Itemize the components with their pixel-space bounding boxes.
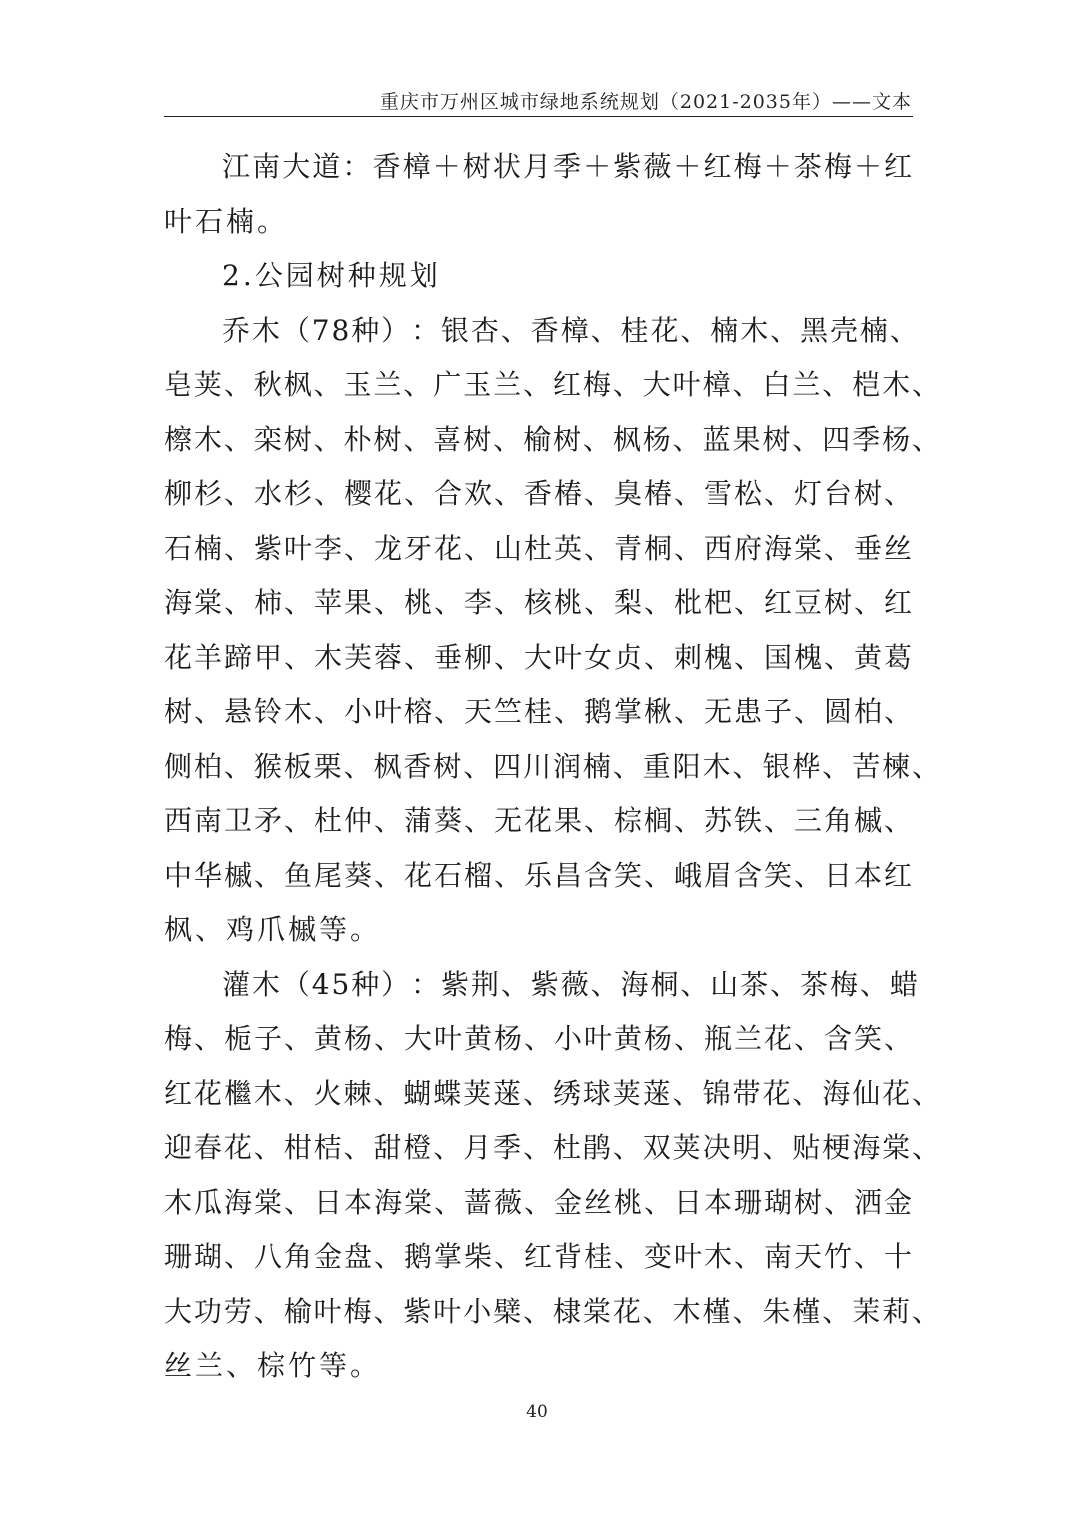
text-line: 乔 木 （ 7 8 种 ） ： 银 杏 、 香 樟 、 桂 花 、 楠 木 、 …	[164, 304, 912, 359]
header-rule	[164, 116, 913, 117]
text-line: 灌 木 （ 4 5 种 ） ： 紫 荆 、 紫 薇 、 海 桐 、 山 茶 、 …	[164, 958, 912, 1013]
text-line: 中 华 槭 、 鱼 尾 葵 、 花 石 榴 、 乐 昌 含 笑 、 峨 眉 含 …	[164, 849, 912, 904]
text-line: 皂 荚 、 秋 枫 、 玉 兰 、 广 玉 兰 、 红 梅 、 大 叶 樟 、 …	[164, 358, 912, 413]
page-number: 40	[0, 1400, 1074, 1424]
running-header: 重庆市万州区城市绿地系统规划（2021-2035年）——文本	[164, 88, 912, 116]
text-line: 檫 木 、 栾 树 、 朴 树 、 喜 树 、 榆 树 、 枫 杨 、 蓝 果 …	[164, 413, 912, 468]
paragraph-trees: 乔 木 （ 7 8 种 ） ： 银 杏 、 香 樟 、 桂 花 、 楠 木 、 …	[164, 304, 912, 958]
text-line: 迎 春 花 、 柑 桔 、 甜 橙 、 月 季 、 杜 鹃 、 双 荚 决 明 …	[164, 1121, 912, 1176]
text-line: 梅 、 栀 子 、 黄 杨 、 大 叶 黄 杨 、 小 叶 黄 杨 、 瓶 兰 …	[164, 1012, 912, 1067]
text-line: 树 、 悬 铃 木 、 小 叶 榕 、 天 竺 桂 、 鹅 掌 楸 、 无 患 …	[164, 685, 912, 740]
text-line: 丝兰、棕竹等。	[164, 1339, 912, 1394]
text-line: 叶石楠。	[164, 195, 912, 250]
paragraph-jiangnan-avenue: 江 南 大 道 ： 香 樟 ＋ 树 状 月 季 ＋ 紫 薇 ＋ 红 梅 ＋ 茶 …	[164, 140, 912, 249]
text-line: 石 楠 、 紫 叶 李 、 龙 牙 花 、 山 杜 英 、 青 桐 、 西 府 …	[164, 522, 912, 577]
text-line: 木 瓜 海 棠 、 日 本 海 棠 、 蔷 薇 、 金 丝 桃 、 日 本 珊 …	[164, 1176, 912, 1231]
paragraph-shrubs: 灌 木 （ 4 5 种 ） ： 紫 荆 、 紫 薇 、 海 桐 、 山 茶 、 …	[164, 958, 912, 1394]
text-line: 侧 柏 、 猴 板 栗 、 枫 香 树 、 四 川 润 楠 、 重 阳 木 、 …	[164, 740, 912, 795]
document-page: 重庆市万州区城市绿地系统规划（2021-2035年）——文本 江 南 大 道 ：…	[0, 0, 1074, 1520]
body-text: 江 南 大 道 ： 香 樟 ＋ 树 状 月 季 ＋ 紫 薇 ＋ 红 梅 ＋ 茶 …	[164, 140, 912, 1394]
text-line: 海 棠 、 柿 、 苹 果 、 桃 、 李 、 核 桃 、 梨 、 枇 杷 、 …	[164, 576, 912, 631]
text-line: 西 南 卫 矛 、 杜 仲 、 蒲 葵 、 无 花 果 、 棕 榈 、 苏 铁 …	[164, 794, 912, 849]
section-heading-text: 2.公园树种规划	[164, 249, 912, 304]
text-line: 枫、鸡爪槭等。	[164, 903, 912, 958]
text-line: 珊 瑚 、 八 角 金 盘 、 鹅 掌 柴 、 红 背 桂 、 变 叶 木 、 …	[164, 1230, 912, 1285]
text-line: 柳 杉 、 水 杉 、 樱 花 、 合 欢 、 香 椿 、 臭 椿 、 雪 松 …	[164, 467, 912, 522]
text-line: 红 花 檵 木 、 火 棘 、 蝴 蝶 荚 蒾 、 绣 球 荚 蒾 、 锦 带 …	[164, 1067, 912, 1122]
text-line: 江 南 大 道 ： 香 樟 ＋ 树 状 月 季 ＋ 紫 薇 ＋ 红 梅 ＋ 茶 …	[164, 140, 912, 195]
text-line: 大 功 劳 、 榆 叶 梅 、 紫 叶 小 檗 、 棣 棠 花 、 木 槿 、 …	[164, 1285, 912, 1340]
section-heading: 2.公园树种规划	[164, 249, 912, 304]
text-line: 花 羊 蹄 甲 、 木 芙 蓉 、 垂 柳 、 大 叶 女 贞 、 刺 槐 、 …	[164, 631, 912, 686]
